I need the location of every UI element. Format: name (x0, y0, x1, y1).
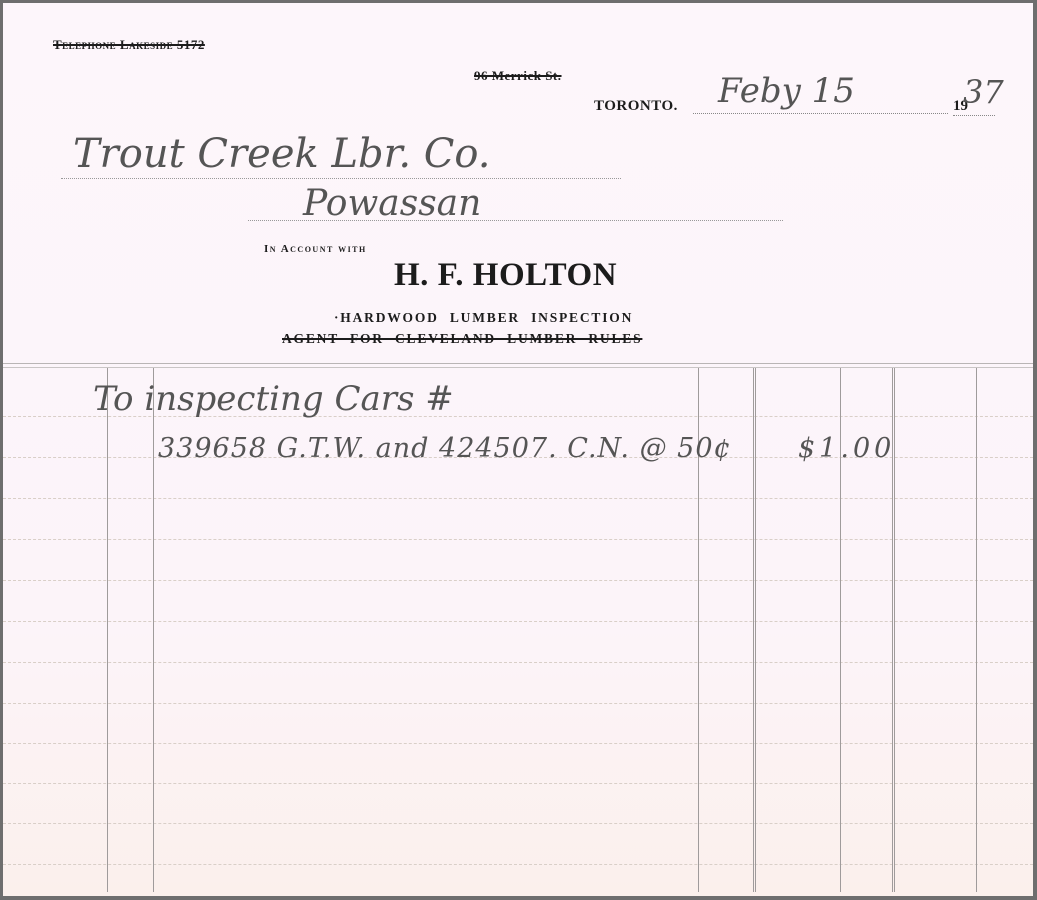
trade-line: ·HARDWOOD LUMBER INSPECTION (334, 310, 633, 326)
handwritten-date: Feby 15 (718, 71, 855, 111)
ledger-column-line (107, 368, 108, 892)
ledger-row-line (3, 864, 1033, 865)
ledger-row-line (3, 580, 1033, 581)
handwritten-year: 37 (963, 73, 1004, 111)
location-underline (248, 220, 783, 221)
ledger-row-line (3, 498, 1033, 499)
ledger-column-line (153, 368, 154, 892)
agent-line: AGENT FOR CLEVELAND LUMBER RULES (282, 331, 642, 347)
entry-description-line2: 339658 G.T.W. and 424507. C.N. @ 50¢ (158, 433, 732, 464)
ledger-row-line (3, 743, 1033, 744)
date-underline (693, 113, 948, 114)
customer-location: Powassan (303, 183, 481, 224)
ledger-column-line (753, 368, 756, 892)
ledger-row-line (3, 703, 1033, 704)
year-underline (953, 115, 995, 116)
ledger-row-line (3, 662, 1033, 663)
ledger-row-line (3, 783, 1033, 784)
ledger-row-line (3, 823, 1033, 824)
entry-description-line1: To inspecting Cars # (93, 379, 454, 419)
account-with-label: In Account with (264, 243, 367, 255)
ledger-row-line (3, 539, 1033, 540)
ledger-header-rule (3, 363, 1033, 368)
city-label: TORONTO. (594, 98, 678, 115)
ledger-row-line (3, 621, 1033, 622)
ledger-column-line (976, 368, 977, 892)
firm-name: H. F. HOLTON (394, 257, 617, 294)
customer-underline (61, 178, 621, 179)
invoice-sheet: Telephone Lakeside 5172 96 Merrick St. T… (3, 3, 1033, 896)
telephone-line: Telephone Lakeside 5172 (53, 37, 205, 53)
entry-amount: $1.00 (798, 433, 895, 464)
street-address: 96 Merrick St. (474, 68, 562, 84)
customer-name: Trout Creek Lbr. Co. (73, 131, 490, 177)
